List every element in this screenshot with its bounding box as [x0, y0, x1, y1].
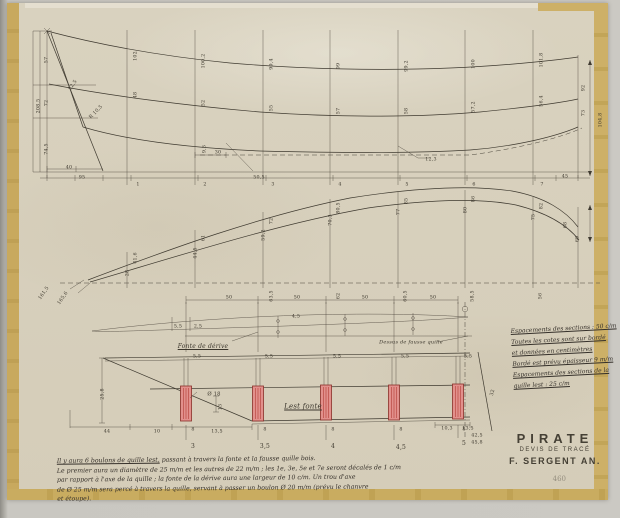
- page-number: 460: [553, 475, 566, 483]
- title-block: PIRATE DEVIS DE TRACÉ F. SERGENT AN.: [495, 431, 615, 466]
- drawing-subtitle: DEVIS DE TRACÉ: [495, 447, 615, 453]
- plan-drawing: [60, 188, 600, 293]
- drawing-title: PIRATE: [495, 431, 615, 446]
- photo-background: 208,5577274,552,5R 10,540953050,512,39,3…: [0, 0, 620, 518]
- drawing-sheet: 208,5577274,552,5R 10,540953050,512,39,3…: [7, 3, 608, 500]
- keel-drawing: [70, 296, 492, 440]
- notes-bottom-extra: Le premier aura un diamètre de 25 m/m et…: [57, 463, 387, 504]
- note-underlined-phrase: Il y aura 6 boulons de quille lest,: [57, 457, 160, 465]
- notes-bottom: Il y aura 6 boulons de quille lest, pass…: [57, 453, 387, 504]
- drawing-author: F. SERGENT AN.: [495, 456, 615, 466]
- drawing-linework: [7, 3, 608, 500]
- note-text: passant à travers la fonte et la fausse …: [160, 455, 316, 464]
- ballast-sections: [181, 384, 464, 421]
- profile-drawing: [33, 28, 592, 185]
- notes-right: Espacements des sections : 50 c/mToutes …: [510, 320, 620, 392]
